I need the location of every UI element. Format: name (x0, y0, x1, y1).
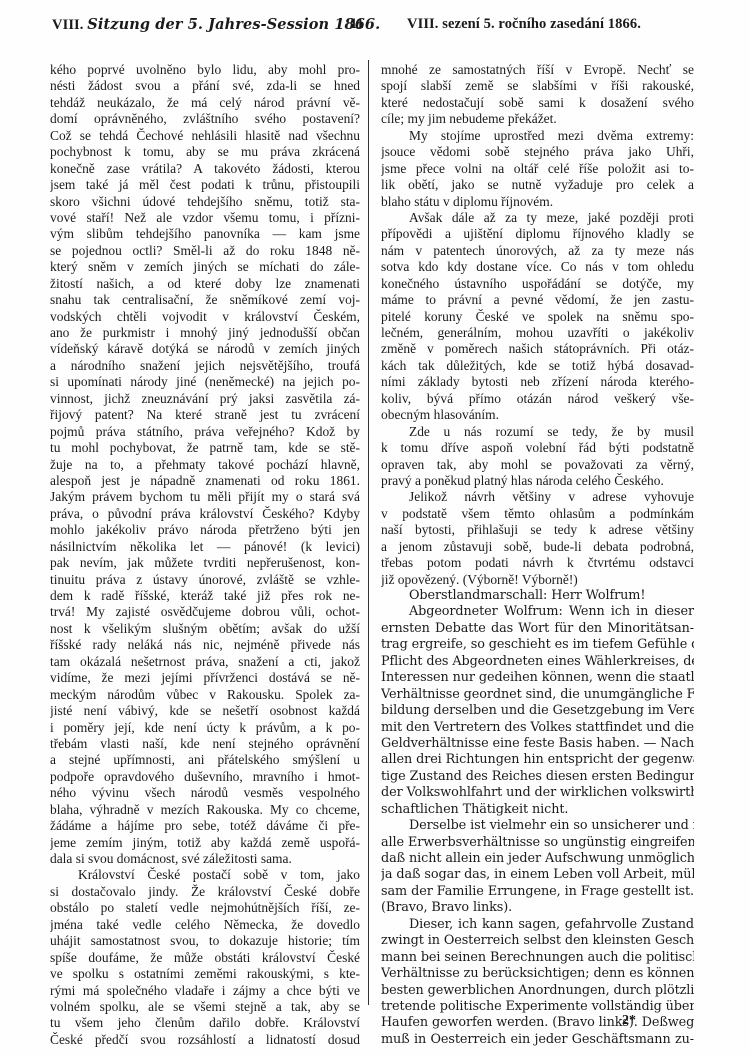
text-line: muß in Oesterreich ein jeder Geschäftsma… (381, 1032, 694, 1048)
text-line: žitostí našich, a od které doby lze znam… (50, 276, 360, 292)
text-line: ného vývinu všech národů vesměs vespolné… (50, 785, 360, 801)
text-line: již opovězený. (Výborně! Výborně!) (381, 572, 694, 588)
text-line: opraven tak, aby mohl se považovati za v… (381, 457, 694, 473)
text-line: vové staří! Než ale vzdor všemu tomu, i … (50, 210, 360, 226)
text-line: domí oprávněného, zvláštního svého posta… (50, 111, 360, 127)
text-line: Oberstlandmarschall: Herr Wolfrum! (381, 588, 694, 604)
text-line: bildung derselben und die Gesetzgebung i… (381, 703, 694, 719)
header-session-title-cs: VIII. sezení 5. ročního zasedání 1866. (407, 16, 641, 33)
text-line: tige Zustand des Reiches diesen ersten B… (381, 769, 694, 785)
text-line: mit den Vertretern des Volkes stattfinde… (381, 720, 694, 736)
text-line: tu mohl pochybovat, že patrně tam, kde s… (50, 440, 360, 456)
text-line: žádáme a hájíme pro sebe, totéž dáváme č… (50, 818, 360, 834)
text-line: lečném, generálním, mohou uzavříti o jak… (381, 325, 694, 341)
text-line: si dostačovalo jindy. Že království Česk… (50, 884, 360, 900)
text-line: Verhältnisse zu berücksichtigen; denn es… (381, 966, 694, 982)
text-line: kách tak důležitých, kde se totiž hýbá d… (381, 358, 694, 374)
text-line: pojmů práva státního, práva veřejného? K… (50, 424, 360, 440)
text-line: jisté není vábivý, kde se nešetří osobno… (50, 703, 360, 719)
text-line: nost k všelikým slušným obětím; avšak do… (50, 621, 360, 637)
text-line: máme to právní a pevné vědomí, že jen za… (381, 292, 694, 308)
text-line: spojí slabší země se slabšími v říši rak… (381, 78, 694, 94)
text-line: Jelikož návrh většiny v adrese vyhovuje (381, 489, 694, 505)
text-line: uhájit samostatnost svou, to dokazuje hi… (50, 933, 360, 949)
text-line: mohlo jakékoliv právo národa přetrženo b… (50, 522, 360, 538)
text-line: řijový patent? Na které straně jest tu z… (50, 407, 360, 423)
text-line: Jakým právem bychom tu měli přijít my o … (50, 489, 360, 505)
text-line: které nedostačují sobě sami k dosažení s… (381, 95, 694, 111)
text-line: pak nevím, jak můžete tvrditi nepřerušen… (50, 555, 360, 571)
text-line: jména také vedle celého Německa, že dove… (50, 917, 360, 933)
text-line: třebám vlasti naší, kde není stejného op… (50, 736, 360, 752)
text-line: der Volkswohlfahrt und der wirklichen vo… (381, 785, 694, 801)
text-line: žuje na to, a přehmaty takové pochází hl… (50, 457, 360, 473)
text-line: České předčí svou rozsáhlostí a lidnatos… (50, 1032, 360, 1048)
text-line: spíše doufáme, že může obstáti královstv… (50, 950, 360, 966)
text-line: pravý a poněkud platný hlas národa celéh… (381, 473, 694, 489)
document-page: VIII. Sitzung der 5. Jahres-Session 1866… (0, 0, 750, 1055)
text-line: trvá! My zajisté osvědčujeme dobrou vůli… (50, 604, 360, 620)
text-line: Abgeordneter Wolfrum: Wenn ich in dieser (381, 604, 694, 620)
text-line: Dieser, ich kann sagen, gefahrvolle Zust… (381, 917, 694, 933)
text-line: schaftlichen Thätigkeit nicht. (381, 802, 694, 818)
text-line: Avšak dále až za ty meze, jaké později p… (381, 210, 694, 226)
text-line: Derselbe ist vielmehr ein so unsicherer … (381, 818, 694, 834)
text-line: trag ergreife, so geschieht es im tiefem… (381, 637, 694, 653)
page-header: VIII. Sitzung der 5. Jahres-Session 1866… (52, 16, 692, 38)
text-line: koliv, bývá přímo otázán národ veškerý v… (381, 391, 694, 407)
text-line: tam okázalá nešetrnost práva, snažení a … (50, 654, 360, 670)
text-line: My stojíme uprostřed mezi dvěma extremy: (381, 128, 694, 144)
text-line: naší bytosti, přihlašuji se tedy k adres… (381, 522, 694, 538)
text-line: ními základy bytosti neb zřízení národa … (381, 374, 694, 390)
text-line: nésti žádost svou a přání své, zda-li se… (50, 78, 360, 94)
text-line: podpoře opravdového duševního, mravního … (50, 769, 360, 785)
signature-mark: 2* (622, 1013, 636, 1029)
text-line: blaho státu v diplomu říjnovém. (381, 194, 694, 210)
text-line: cíle; my jim nebudeme překážet. (381, 111, 694, 127)
text-line: práva, o původní práva království Českéh… (50, 506, 360, 522)
right-column-text: mnohé ze samostatných říší v Evropě. Nec… (381, 62, 694, 1048)
text-line: dem k radě říšské, kteráž také již přes … (50, 588, 360, 604)
text-line: vodských chtěli vojvodit v království Če… (50, 309, 360, 325)
text-line: tretende politische Experimente vollstän… (381, 999, 694, 1015)
text-line: v podstatě všem těmto ohlasům a podmínká… (381, 506, 694, 522)
text-line: Zde u nás rozumí se tedy, že by musil (381, 424, 694, 440)
text-line: Interessen nur gedeihen können, wenn die… (381, 670, 694, 686)
text-line: allen drei Richtungen hin entspricht der… (381, 752, 694, 768)
text-line: jsem také já měl čest podati k trůnu, př… (50, 177, 360, 193)
text-line: skoro všichni údové tehdejšího sněmu, to… (50, 194, 360, 210)
text-line: Haufen geworfen werden. (Bravo links). D… (381, 1015, 694, 1031)
text-line: Verhältnisse geordnet sind, die unumgäng… (381, 687, 694, 703)
text-line: si upomínati národy jiné (neněmecké) na … (50, 374, 360, 390)
header-session-title-de: Sitzung der 5. Jahres-Session 1866. (87, 16, 380, 33)
column-divider (368, 60, 369, 1005)
text-line: besten gewerblichen Anordnungen, durch p… (381, 983, 694, 999)
text-line: (Bravo, Bravo links). (381, 900, 694, 916)
text-line: ano že purkmistr i mnohý jiný jednodušší… (50, 325, 360, 341)
text-line: Království České postačí sobě v tom, jak… (50, 867, 360, 883)
text-line: konečného ústavního uspořádání se dotýče… (381, 276, 694, 292)
text-line: volném spolku, ale se všemi stejně a tak… (50, 999, 360, 1015)
text-line: jeme zemím jiným, totiž aby každá země u… (50, 835, 360, 851)
header-session-prefix: VIII. (52, 17, 84, 33)
text-line: k tomu dříve aspoň volební řád býti pods… (381, 440, 694, 456)
text-line: pochybnost k tomu, aby se mu práva zkrác… (50, 144, 360, 160)
text-line: tehdáž neukázalo, že má celý národ právn… (50, 95, 360, 111)
text-line: třebas potom podati návrh k čtvrtému ods… (381, 555, 694, 571)
text-line: kého poprvé uvolněno bylo lidu, aby mohl… (50, 62, 360, 78)
text-line: obstálo po staletí vedle nejmohútnějších… (50, 900, 360, 916)
text-line: vým slibům tehdejšího panovníka — kam js… (50, 226, 360, 242)
text-line: vinnost, jichž zneuznávání prý jaksi zas… (50, 391, 360, 407)
text-line: meckým národům vůbec v Rakousku. Spolek … (50, 687, 360, 703)
text-line: sotva kdo kdy dostane více. Co nás v tom… (381, 259, 694, 275)
text-line: Pflicht des Abgeordneten eines Wählerkre… (381, 654, 694, 670)
text-line: Což se tehdá Čechové nehlásili hlasitě n… (50, 128, 360, 144)
text-line: přípovědi a ujištění diplomu říjnového k… (381, 226, 694, 242)
text-line: tinuitu práva z ústavy únorové, zvláště … (50, 572, 360, 588)
text-line: tu všem jeho členům dařilo dobře. Králov… (50, 1015, 360, 1031)
text-line: jsouce vědomi sobě stejného práva jako U… (381, 144, 694, 160)
text-line: sam der Familie Errungene, in Frage gest… (381, 884, 694, 900)
text-line: alle Erwerbsverhältnisse so ungünstig ei… (381, 835, 694, 851)
text-line: a stejné upřímnosti, ani přátelského smý… (50, 752, 360, 768)
text-line: ve spolku s ostatními zeměmi rakouskými,… (50, 966, 360, 982)
text-line: dala si svou domácnost, své záležitosti … (50, 851, 360, 867)
text-line: který sněm v zemích jiných se míchati do… (50, 259, 360, 275)
text-line: i poměry její, kde není úcty k právům, a… (50, 720, 360, 736)
header-left-german: VIII. Sitzung der 5. Jahres-Session 1866… (52, 16, 380, 34)
text-line: mnohé ze samostatných říší v Evropě. Nec… (381, 62, 694, 78)
text-line: vidíme, že mezi jejími přívrženci dostáv… (50, 670, 360, 686)
text-line: a národního snažení jejich nejsvětějšího… (50, 358, 360, 374)
text-line: nám v patentech únorových, až za ty meze… (381, 243, 694, 259)
text-line: mann bei seinen Berechnungen auch die po… (381, 950, 694, 966)
text-line: snahu tak centralisační, že sněmíkové ze… (50, 292, 360, 308)
text-line: alespoň jest je nápadně znamenati od rok… (50, 473, 360, 489)
text-line: vídeňský káravě dotýká se národů v zemíc… (50, 341, 360, 357)
text-line: lik obětí, jako se nutně vyžaduje pro ce… (381, 177, 694, 193)
text-line: násilnictvím několika let — pánové! (k l… (50, 539, 360, 555)
text-line: blaha, výhradně v mezích Rakouska. My co… (50, 802, 360, 818)
text-line: daß nicht allein ein jeder Aufschwung un… (381, 851, 694, 867)
left-column-text: kého poprvé uvolněno bylo lidu, aby mohl… (50, 62, 360, 1048)
text-line: zwingt in Oesterreich selbst den kleinst… (381, 933, 694, 949)
text-line: jsme přece volni na oltář celé říše polo… (381, 161, 694, 177)
text-line: konečně zase vrátila? A takovéto žádosti… (50, 161, 360, 177)
text-line: obecným hlasováním. (381, 407, 694, 423)
text-line: říšské rady neláká nás nic, nejméně přiv… (50, 637, 360, 653)
text-line: pitelé koruny České ve spolek na sněmu s… (381, 309, 694, 325)
text-line: ja daß sogar das, in einem Leben voll Ar… (381, 867, 694, 883)
text-line: rými má společného vladaře i zájmy a chc… (50, 983, 360, 999)
text-line: Geldverhältnisse eine feste Basis haben.… (381, 736, 694, 752)
text-line: se pojednou octli? Směl-li až do roku 18… (50, 243, 360, 259)
text-line: a jenom zůstavuji sobě, bude-li debata p… (381, 539, 694, 555)
page-number: 11 (350, 16, 364, 33)
text-line: změně v poměrech našich státoprávních. P… (381, 341, 694, 357)
text-line: ernsten Debatte das Wort für den Minorit… (381, 621, 694, 637)
